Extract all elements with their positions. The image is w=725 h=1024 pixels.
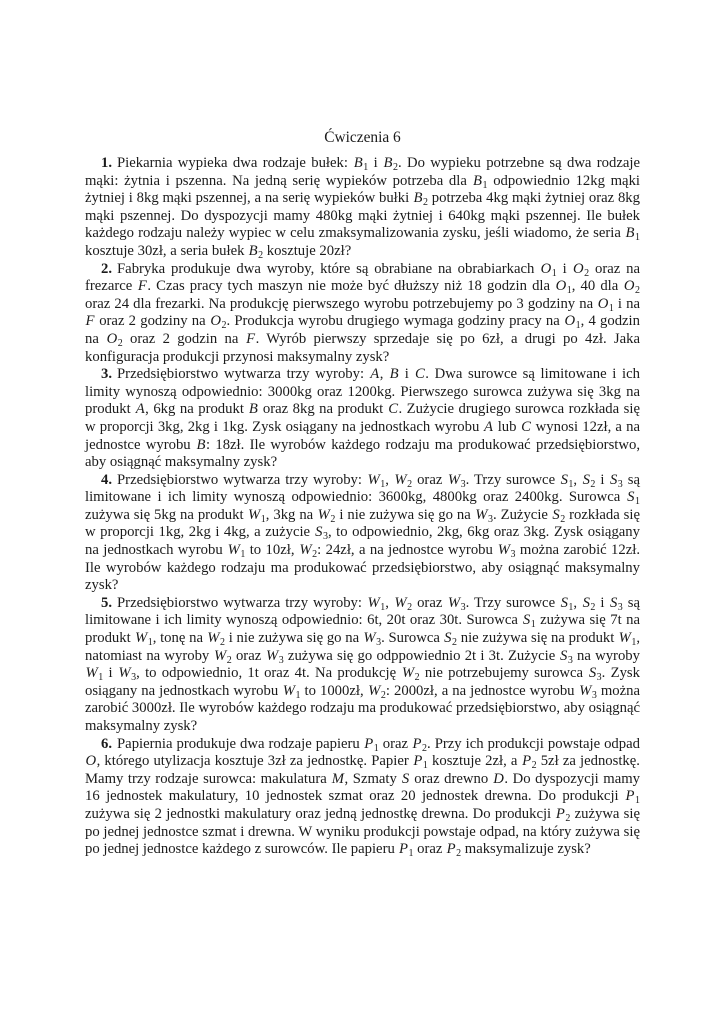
- math-variable: O: [210, 313, 222, 329]
- math-subscript: 3: [461, 602, 466, 613]
- math-variable: W: [447, 472, 460, 488]
- math-variable: W: [363, 630, 376, 646]
- math-variable: W: [85, 665, 98, 681]
- problem-paragraph-5: 5.Przedsiębiorstwo wytwarza trzy wyroby:…: [85, 595, 640, 736]
- math-variable: O: [555, 278, 567, 294]
- math-subscript: 1: [408, 848, 413, 859]
- math-variable: B: [413, 190, 423, 206]
- math-subscript: 2: [118, 338, 123, 349]
- math-variable: S: [552, 507, 560, 523]
- problem-paragraph-4: 4.Przedsiębiorstwo wytwarza trzy wyroby:…: [85, 472, 640, 595]
- problem-number: 1.: [101, 155, 112, 171]
- math-subscript: 3: [279, 654, 284, 665]
- math-subscript: 1: [576, 320, 581, 331]
- math-variable: O: [540, 261, 552, 277]
- math-subscript: 1: [380, 478, 385, 489]
- problem-text: Przedsiębiorstwo wytwarza trzy wyroby: A…: [85, 366, 640, 470]
- math-subscript: 2: [452, 637, 457, 648]
- math-variable: B: [248, 243, 258, 259]
- math-variable: B: [248, 401, 258, 417]
- math-variable: C: [388, 401, 399, 417]
- math-variable: W: [394, 595, 407, 611]
- math-subscript: 3: [461, 478, 466, 489]
- math-variable: W: [618, 630, 631, 646]
- math-variable: A: [370, 366, 380, 382]
- math-variable: W: [118, 665, 131, 681]
- math-variable: S: [588, 665, 596, 681]
- math-subscript: 1: [552, 267, 557, 278]
- math-subscript: 2: [590, 478, 595, 489]
- math-variable: S: [559, 648, 567, 664]
- problem-text: Przedsiębiorstwo wytwarza trzy wyroby: W…: [85, 472, 640, 594]
- math-variable: W: [317, 507, 330, 523]
- math-variable: O: [85, 753, 97, 769]
- math-variable: B: [389, 366, 399, 382]
- math-subscript: 1: [483, 179, 488, 190]
- math-variable: F: [137, 278, 147, 294]
- math-subscript: 3: [618, 602, 623, 613]
- math-subscript: 2: [532, 760, 537, 771]
- math-variable: W: [447, 595, 460, 611]
- math-variable: M: [331, 771, 344, 787]
- math-subscript: 1: [567, 285, 572, 296]
- math-variable: S: [609, 472, 617, 488]
- math-subscript: 3: [618, 478, 623, 489]
- problem-number: 4.: [101, 472, 112, 488]
- math-variable: F: [85, 313, 95, 329]
- math-variable: W: [207, 630, 220, 646]
- math-subscript: 2: [312, 549, 317, 560]
- math-variable: W: [227, 542, 240, 558]
- math-subscript: 3: [323, 531, 328, 542]
- math-variable: C: [521, 419, 532, 435]
- math-variable: O: [597, 296, 609, 312]
- math-subscript: 2: [590, 602, 595, 613]
- problem-paragraph-3: 3.Przedsiębiorstwo wytwarza trzy wyroby:…: [85, 366, 640, 472]
- math-variable: S: [522, 612, 530, 628]
- math-variable: W: [475, 507, 488, 523]
- math-variable: S: [444, 630, 452, 646]
- math-subscript: 1: [531, 619, 536, 630]
- math-subscript: 2: [456, 848, 461, 859]
- math-subscript: 2: [635, 285, 640, 296]
- math-subscript: 2: [560, 514, 565, 525]
- math-subscript: 1: [631, 637, 636, 648]
- math-variable: O: [573, 261, 585, 277]
- math-variable: W: [282, 683, 295, 699]
- math-subscript: 3: [488, 514, 493, 525]
- math-subscript: 2: [565, 813, 570, 824]
- math-variable: P: [413, 753, 423, 769]
- math-subscript: 3: [592, 690, 597, 701]
- math-subscript: 3: [131, 672, 136, 683]
- math-subscript: 2: [258, 250, 263, 261]
- math-variable: P: [364, 736, 374, 752]
- math-subscript: 1: [380, 602, 385, 613]
- math-subscript: 3: [376, 637, 381, 648]
- problem-number: 5.: [101, 595, 112, 611]
- math-variable: B: [473, 173, 483, 189]
- math-variable: C: [415, 366, 426, 382]
- math-variable: S: [609, 595, 617, 611]
- math-variable: B: [353, 155, 363, 171]
- math-variable: P: [522, 753, 532, 769]
- math-subscript: 2: [220, 637, 225, 648]
- problem-paragraph-6: 6.Papiernia produkuje dwa rodzaje papier…: [85, 736, 640, 859]
- math-variable: P: [446, 841, 456, 857]
- problem-number: 2.: [101, 261, 112, 277]
- math-subscript: 2: [221, 320, 226, 331]
- math-variable: A: [135, 401, 145, 417]
- math-subscript: 1: [98, 672, 103, 683]
- math-variable: W: [299, 542, 312, 558]
- math-subscript: 1: [635, 496, 640, 507]
- math-subscript: 1: [635, 232, 640, 243]
- math-subscript: 2: [393, 162, 398, 173]
- math-variable: S: [627, 489, 635, 505]
- math-variable: B: [383, 155, 393, 171]
- math-subscript: 3: [597, 672, 602, 683]
- math-subscript: 1: [374, 742, 379, 753]
- exercises-text-block: 1.Piekarnia wypieka dwa rodzaje bułek: B…: [85, 155, 640, 859]
- math-variable: W: [579, 683, 592, 699]
- math-variable: S: [401, 771, 409, 787]
- math-variable: F: [246, 331, 256, 347]
- problem-number: 6.: [101, 736, 112, 752]
- document-page: Ćwiczenia 6 1.Piekarnia wypieka dwa rodz…: [0, 0, 725, 1024]
- math-variable: O: [623, 278, 635, 294]
- math-variable: W: [368, 683, 381, 699]
- math-variable: W: [247, 507, 260, 523]
- math-subscript: 2: [423, 197, 428, 208]
- math-subscript: 2: [415, 672, 420, 683]
- math-subscript: 2: [381, 690, 386, 701]
- problem-paragraph-2: 2.Fabryka produkuje dwa wyroby, które są…: [85, 261, 640, 367]
- math-variable: W: [214, 648, 227, 664]
- math-subscript: 1: [635, 795, 640, 806]
- math-variable: W: [394, 472, 407, 488]
- page-title: Ćwiczenia 6: [0, 129, 725, 147]
- math-variable: W: [134, 630, 147, 646]
- math-variable: W: [265, 648, 278, 664]
- problem-text: Papiernia produkuje dwa rodzaje papieru …: [85, 736, 640, 858]
- math-variable: W: [367, 595, 380, 611]
- math-variable: P: [412, 736, 422, 752]
- math-subscript: 1: [568, 478, 573, 489]
- math-subscript: 2: [227, 654, 232, 665]
- math-variable: A: [484, 419, 494, 435]
- math-variable: W: [401, 665, 414, 681]
- math-subscript: 1: [148, 637, 153, 648]
- math-subscript: 2: [407, 602, 412, 613]
- math-subscript: 1: [568, 602, 573, 613]
- math-variable: P: [399, 841, 409, 857]
- math-subscript: 1: [261, 514, 266, 525]
- math-variable: W: [497, 542, 510, 558]
- math-subscript: 3: [511, 549, 516, 560]
- math-variable: D: [493, 771, 505, 787]
- math-variable: P: [625, 788, 635, 804]
- math-variable: O: [564, 313, 576, 329]
- math-subscript: 2: [422, 742, 427, 753]
- math-subscript: 1: [240, 549, 245, 560]
- math-variable: B: [625, 225, 635, 241]
- math-variable: B: [196, 437, 206, 453]
- problem-number: 3.: [101, 366, 112, 382]
- problem-text: Piekarnia wypieka dwa rodzaje bułek: B1 …: [85, 155, 640, 259]
- math-subscript: 2: [330, 514, 335, 525]
- math-subscript: 1: [363, 162, 368, 173]
- problem-text: Fabryka produkuje dwa wyroby, które są o…: [85, 261, 640, 365]
- math-subscript: 2: [584, 267, 589, 278]
- math-subscript: 2: [407, 478, 412, 489]
- math-variable: W: [367, 472, 380, 488]
- math-subscript: 1: [423, 760, 428, 771]
- math-variable: O: [106, 331, 118, 347]
- problem-paragraph-1: 1.Piekarnia wypieka dwa rodzaje bułek: B…: [85, 155, 640, 261]
- math-variable: S: [315, 524, 323, 540]
- problem-text: Przedsiębiorstwo wytwarza trzy wyroby: W…: [85, 595, 640, 734]
- math-variable: P: [555, 806, 565, 822]
- math-subscript: 1: [609, 303, 614, 314]
- math-subscript: 1: [295, 690, 300, 701]
- math-subscript: 3: [568, 654, 573, 665]
